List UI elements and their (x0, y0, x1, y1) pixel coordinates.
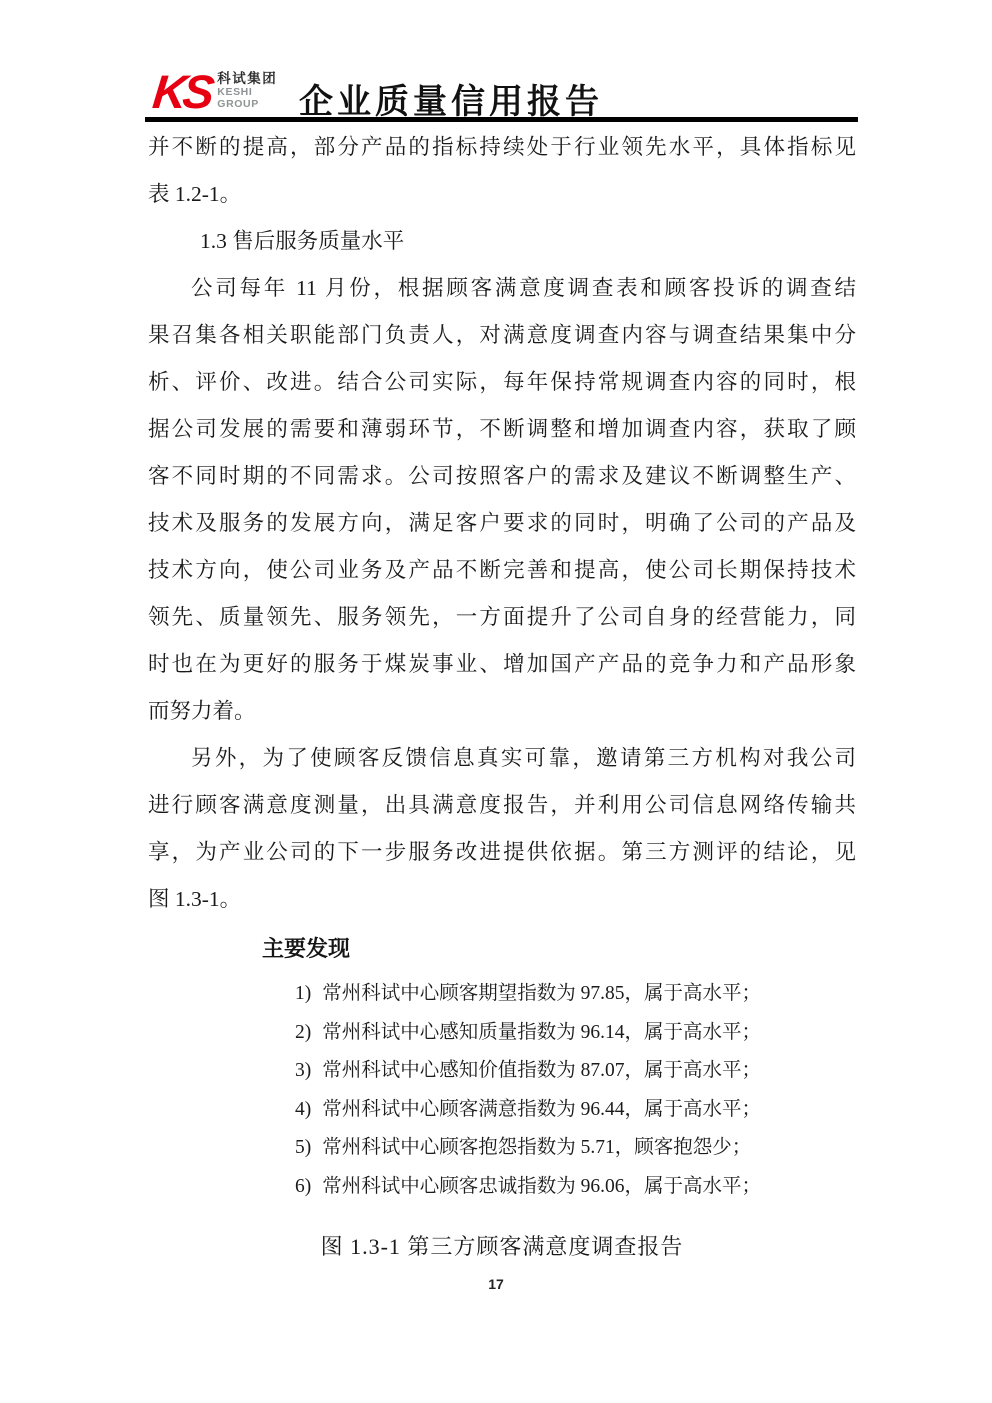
page-number: 17 (0, 1276, 992, 1292)
paragraph-3: 另外，为了使顾客反馈信息真实可靠，邀请第三方机构对我公司 进行顾客满意度测量，出… (148, 735, 856, 923)
text-line: 公司每年 11 月份，根据顾客满意度调查表和顾客投诉的调查结 (148, 265, 856, 312)
text-line: 技术方向，使公司业务及产品不断完善和提高，使公司长期保持技术 (148, 547, 856, 594)
text-line: 而努力着。 (148, 688, 856, 735)
finding-number: 3) (295, 1060, 311, 1081)
company-logo: KS 科试集团 KESHI GROUP (153, 70, 277, 114)
finding-item: 1)常州科试中心顾客期望指数为 97.85，属于高水平； (262, 975, 856, 1014)
finding-item: 5)常州科试中心顾客抱怨指数为 5.71，顾客抱怨少； (262, 1129, 856, 1168)
finding-text: 常州科试中心顾客满意指数为 96.44，属于高水平； (322, 1099, 761, 1120)
text-line: 果召集各相关职能部门负责人，对满意度调查内容与调查结果集中分 (148, 312, 856, 359)
finding-text: 常州科试中心感知质量指数为 96.14，属于高水平； (322, 1022, 761, 1043)
finding-item: 2)常州科试中心感知质量指数为 96.14，属于高水平； (262, 1014, 856, 1053)
finding-item: 4)常州科试中心顾客满意指数为 96.44，属于高水平； (262, 1091, 856, 1130)
finding-item: 3)常州科试中心感知价值指数为 87.07，属于高水平； (262, 1052, 856, 1091)
figure-caption: 图 1.3-1 第三方顾客满意度调查报告 (148, 1230, 856, 1261)
text-line: 并不断的提高，部分产品的指标持续处于行业领先水平，具体指标见 (148, 124, 856, 171)
text-line: 享，为产业公司的下一步服务改进提供依据。第三方测评的结论，见 (148, 829, 856, 876)
document-page: KS 科试集团 KESHI GROUP 企业质量信用报告 并不断的提高，部分产品… (0, 0, 992, 1403)
finding-number: 5) (295, 1137, 311, 1158)
page-header: KS 科试集团 KESHI GROUP 企业质量信用报告 (0, 0, 992, 122)
text-line: 表 1.2-1。 (148, 171, 856, 218)
finding-text: 常州科试中心顾客抱怨指数为 5.71，顾客抱怨少； (322, 1137, 751, 1158)
text-line: 图 1.3-1。 (148, 876, 856, 923)
company-name-en-1: KESHI (217, 86, 277, 98)
finding-text: 常州科试中心顾客期望指数为 97.85，属于高水平； (322, 983, 761, 1004)
text-line: 进行顾客满意度测量，出具满意度报告，并利用公司信息网络传输共 (148, 782, 856, 829)
text-line: 析、评价、改进。结合公司实际，每年保持常规调查内容的同时，根 (148, 359, 856, 406)
text-line: 技术及服务的发展方向，满足客户要求的同时，明确了公司的产品及 (148, 500, 856, 547)
text-line: 领先、质量领先、服务领先，一方面提升了公司自身的经营能力，同 (148, 594, 856, 641)
finding-number: 1) (295, 983, 311, 1004)
finding-text: 常州科试中心感知价值指数为 87.07，属于高水平； (322, 1060, 761, 1081)
page-title: 企业质量信用报告 (299, 74, 603, 123)
ks-logo-icon: KS (151, 70, 213, 114)
finding-text: 常州科试中心顾客忠诚指数为 96.06，属于高水平； (322, 1176, 761, 1197)
text-line: 客不同时期的不同需求。公司按照客户的需求及建议不断调整生产、 (148, 453, 856, 500)
company-name-cn: 科试集团 (217, 71, 277, 86)
survey-findings-figure: 主要发现 1)常州科试中心顾客期望指数为 97.85，属于高水平； 2)常州科试… (148, 933, 856, 1206)
paragraph-2: 公司每年 11 月份，根据顾客满意度调查表和顾客投诉的调查结 果召集各相关职能部… (148, 265, 856, 735)
section-heading: 1.3 售后服务质量水平 (148, 218, 856, 265)
header-divider (145, 117, 858, 122)
finding-item: 6)常州科试中心顾客忠诚指数为 96.06，属于高水平； (262, 1168, 856, 1207)
company-name-en-2: GROUP (217, 98, 277, 110)
findings-title: 主要发现 (262, 933, 856, 965)
logo-text-stack: 科试集团 KESHI GROUP (217, 71, 277, 110)
text-line: 时也在为更好的服务于煤炭事业、增加国产产品的竞争力和产品形象 (148, 641, 856, 688)
finding-number: 6) (295, 1176, 311, 1197)
finding-number: 2) (295, 1022, 311, 1043)
text-line: 据公司发展的需要和薄弱环节，不断调整和增加调查内容，获取了顾 (148, 406, 856, 453)
body-content: 并不断的提高，部分产品的指标持续处于行业领先水平，具体指标见 表 1.2-1。 … (148, 124, 856, 1261)
finding-number: 4) (295, 1099, 311, 1120)
text-line: 另外，为了使顾客反馈信息真实可靠，邀请第三方机构对我公司 (148, 735, 856, 782)
paragraph-1: 并不断的提高，部分产品的指标持续处于行业领先水平，具体指标见 表 1.2-1。 (148, 124, 856, 218)
